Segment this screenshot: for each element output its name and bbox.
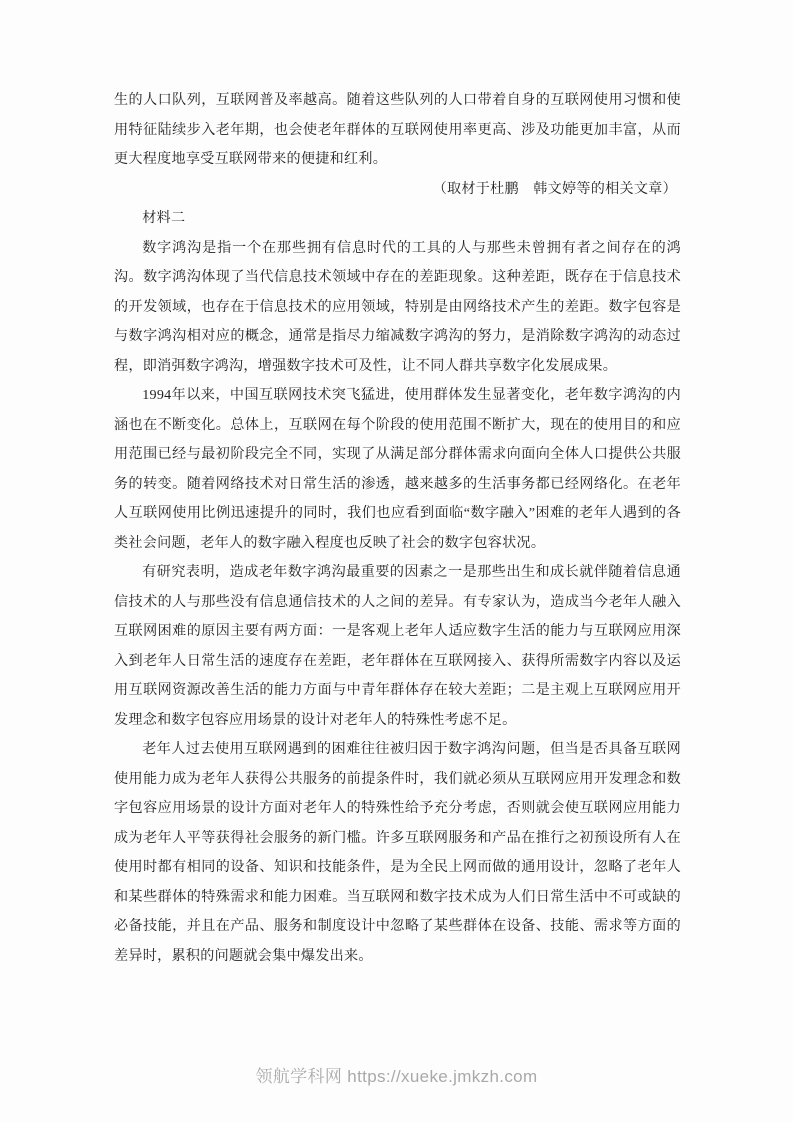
body-paragraph-digital-divide-definition: 数字鸿沟是指一个在那些拥有信息时代的工具的人与那些未曾拥有者之间存在的鸿沟。数字…: [114, 234, 681, 382]
watermark-text: 领航学科网 https://xueke.jmkzh.com: [256, 1067, 538, 1086]
paragraph-continuation: 生的人口队列，互联网普及率越高。随着这些队列的人口带着自身的互联网使用习惯和使用…: [114, 86, 681, 175]
passage-content: 生的人口队列，互联网普及率越高。随着这些队列的人口带着自身的互联网使用习惯和使用…: [114, 86, 681, 971]
document-page: 生的人口队列，互联网普及率越高。随着这些队列的人口带着自身的互联网使用习惯和使用…: [0, 0, 793, 1122]
body-paragraph-internet-development-since-1994: 1994年以来，中国互联网技术突飞猛进，使用群体发生显著变化，老年数字鸿沟的内涵…: [114, 381, 681, 558]
watermark-footer: 领航学科网 https://xueke.jmkzh.com: [0, 1062, 793, 1087]
body-paragraph-elderly-internet-threshold: 老年人过去使用互联网遇到的困难往往被归因于数字鸿沟问题，但当是否具备互联网使用能…: [114, 735, 681, 971]
body-paragraph-research-two-causes: 有研究表明，造成老年数字鸿沟最重要的因素之一是那些出生和成长就伴随着信息通信技术…: [114, 558, 681, 735]
source-attribution: （取材于杜鹏 韩文婷等的相关文章）: [114, 175, 681, 205]
section-heading-material-two: 材料二: [114, 204, 681, 234]
